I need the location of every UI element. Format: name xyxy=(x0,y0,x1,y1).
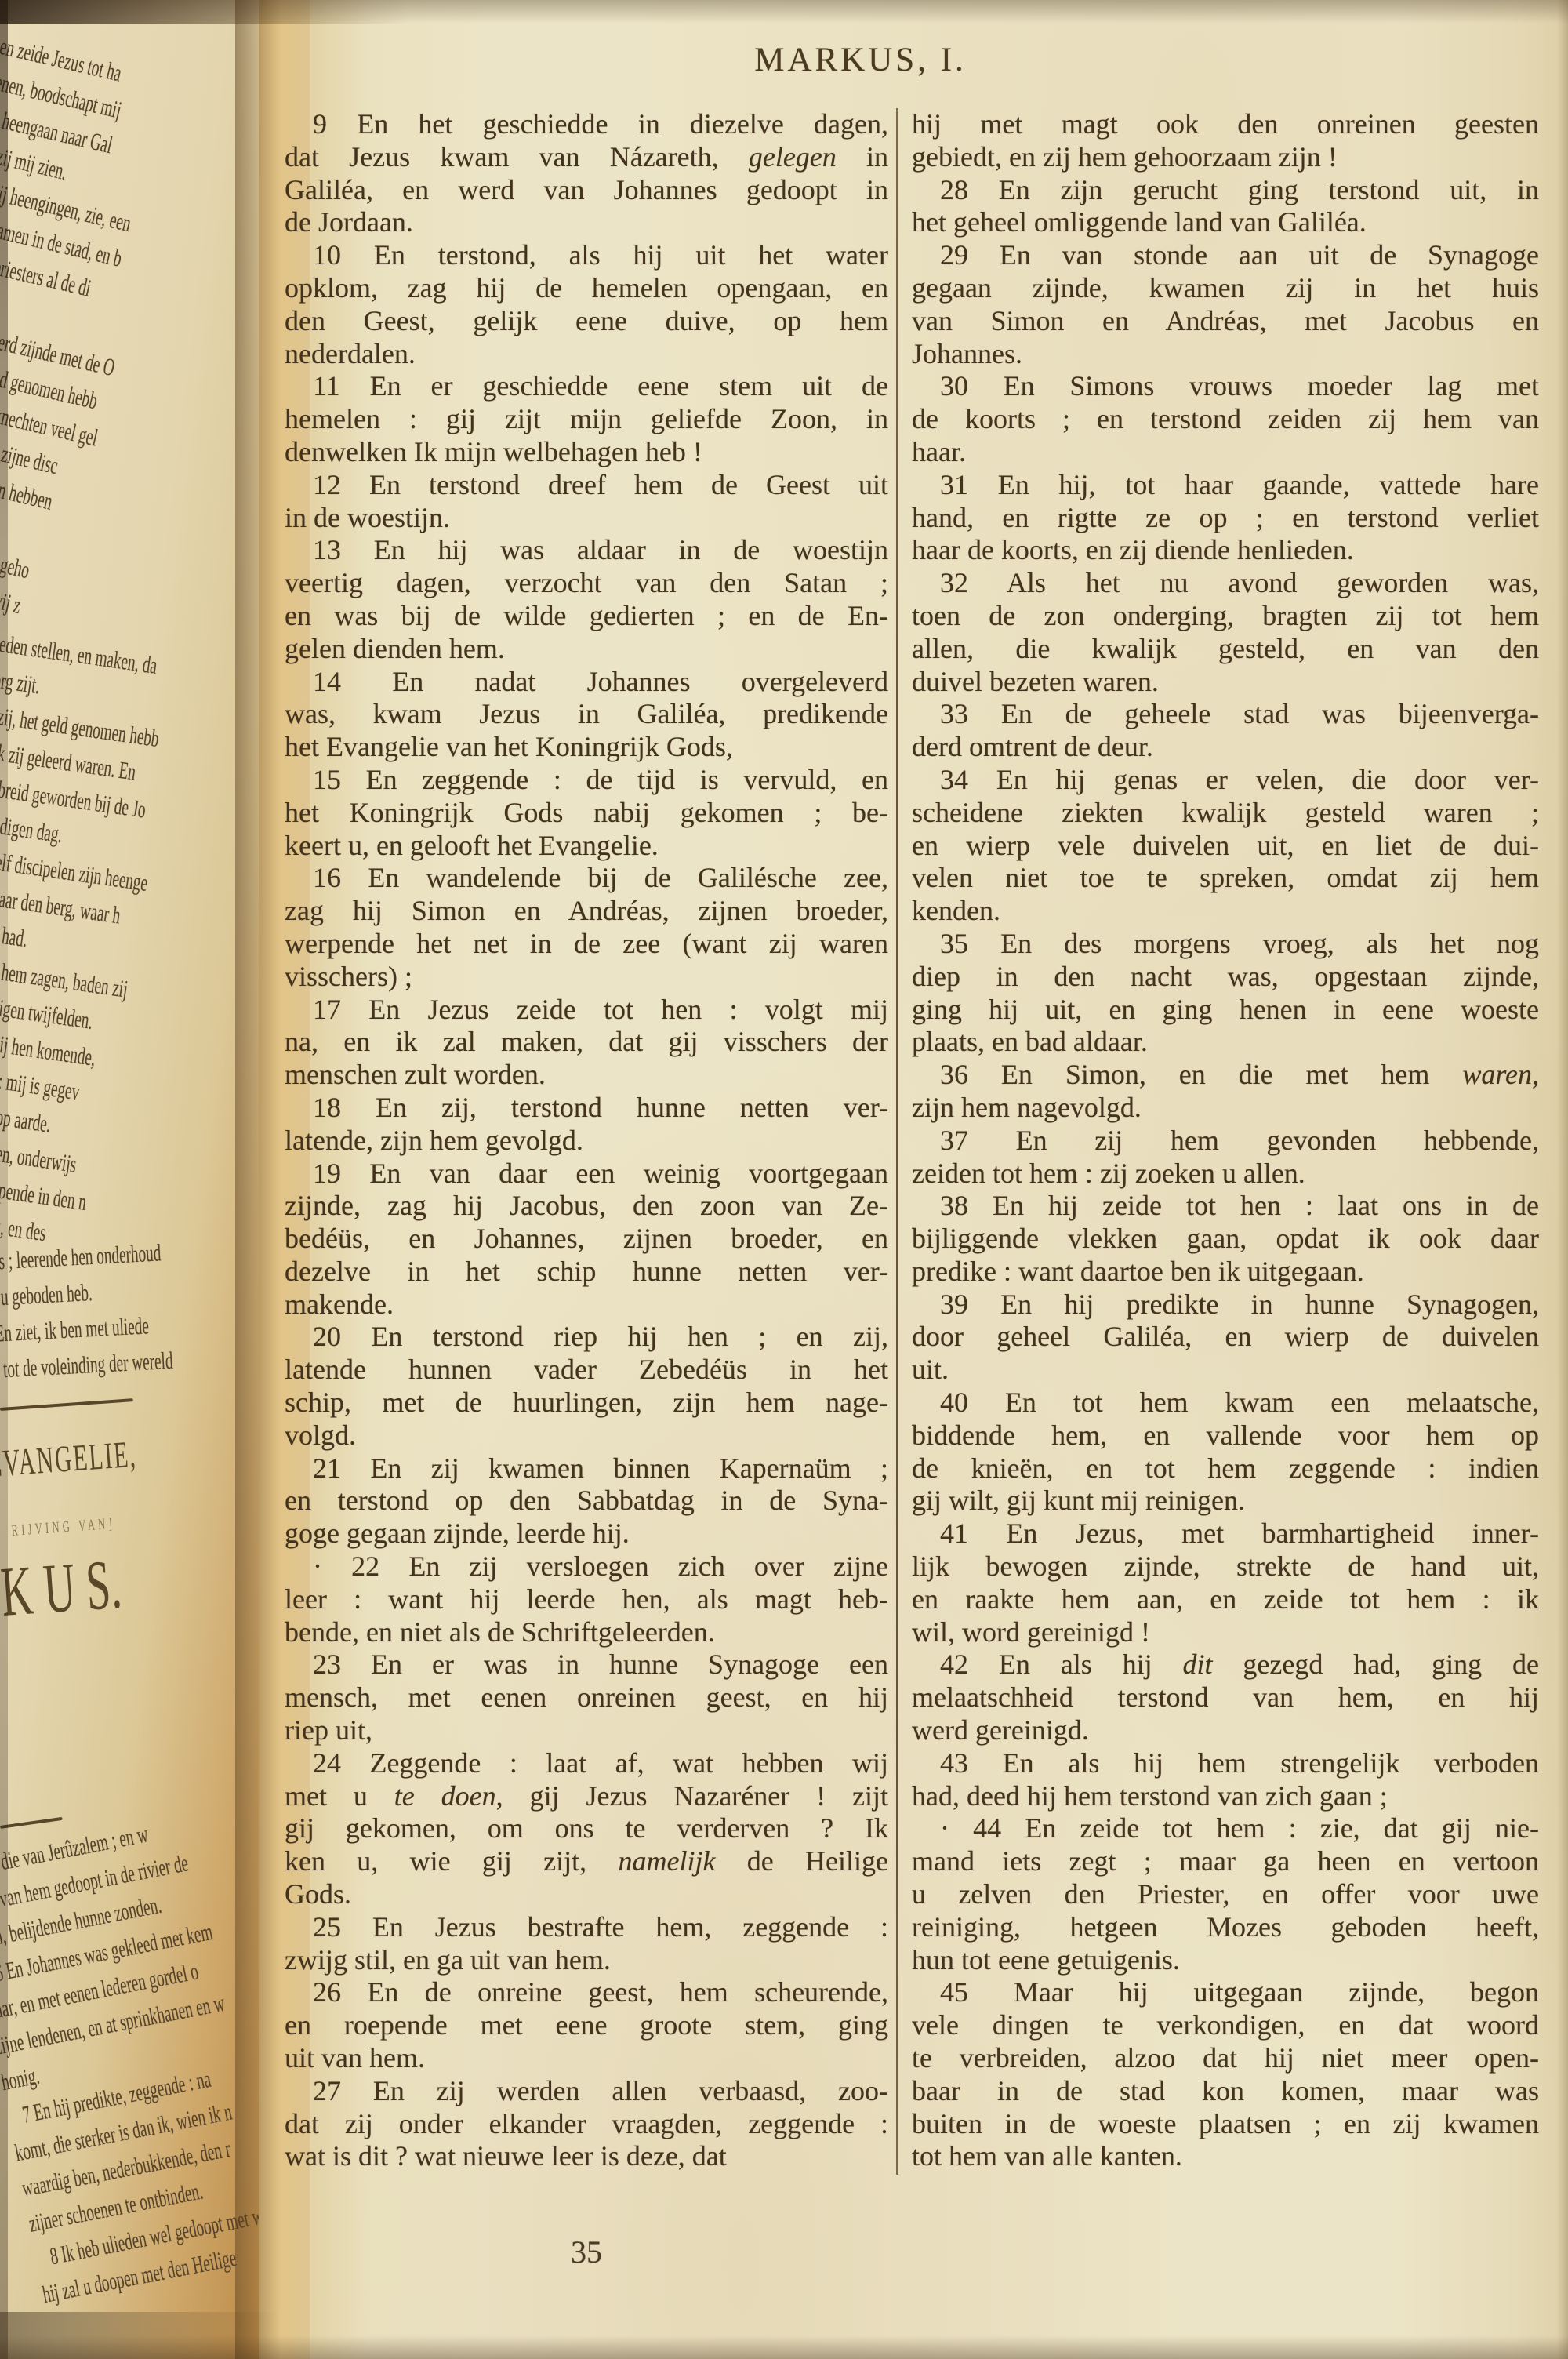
verse-line: 23 En er was in hunne Synagoge een xyxy=(285,1648,888,1681)
verse-39: 39 En hij predikte in hunne Synagogen,do… xyxy=(912,1289,1539,1387)
verse-35: 35 En des morgens vroeg, als het nogdiep… xyxy=(912,928,1539,1059)
verse-line: biddende hem, en vallende voor hem op xyxy=(912,1419,1539,1452)
verse-42: 42 En als hij dit gezegd had, ging demel… xyxy=(912,1648,1539,1747)
verse-line: 43 En als hij hem strengelijk verboden xyxy=(912,1747,1539,1780)
verse-line: reiniging, hetgeen Mozes geboden heeft, xyxy=(912,1911,1539,1944)
text-run: predike : want daartoe ben ik uitgegaan. xyxy=(912,1256,1364,1287)
text-run: 37 En zij hem gevonden hebbende, xyxy=(940,1125,1539,1156)
text-run: dezelve in het schip hunne netten ver- xyxy=(285,1256,888,1287)
text-run: tot hem van alle kanten. xyxy=(912,2140,1182,2172)
text-run: 43 En als hij hem strengelijk verboden xyxy=(940,1747,1539,1779)
verse-line: gegaan zijnde, kwamen zij in het huis xyxy=(912,272,1539,305)
text-run: 27 En zij werden allen verbaasd, zoo- xyxy=(313,2075,888,2106)
verse-line: gij wilt, gij kunt mij reinigen. xyxy=(912,1485,1539,1518)
text-run: 21 En zij kwamen binnen Kapernaüm ; xyxy=(313,1452,888,1484)
verse-line: volgd. xyxy=(285,1419,888,1452)
text-run: in xyxy=(837,141,888,173)
text-run: had, deed hij hem terstond van zich gaan… xyxy=(912,1780,1388,1812)
verse-23: 23 En er was in hunne Synagoge eenmensch… xyxy=(285,1648,888,1747)
facing-heading-markus: K U S. xyxy=(0,1533,259,1633)
text-run: 39 En hij predikte in hunne Synagogen, xyxy=(940,1289,1539,1320)
text-run: 33 En de geheele stad was bijeenverga- xyxy=(940,698,1539,729)
text-run: Johannes. xyxy=(912,338,1022,369)
text-run: goge gegaan zijnde, leerde hij. xyxy=(285,1518,630,1549)
italic-run: te doen xyxy=(394,1780,496,1812)
verse-line: duivel bezeten waren. xyxy=(912,666,1539,699)
text-run: 9 En het geschiedde in diezelve dagen, xyxy=(313,108,888,140)
italic-run: gelegen xyxy=(749,141,837,173)
text-run: en raakte hem aan, en zeide tot hem : ik xyxy=(912,1583,1539,1615)
text-run: haar de koorts, en zij diende henlieden. xyxy=(912,534,1354,565)
text-run: scheidene ziekten kwalijk gesteld waren … xyxy=(912,797,1539,828)
verse-line: zijn hem nagevolgd. xyxy=(912,1092,1539,1125)
text-run: 28 En zijn gerucht ging terstond uit, in xyxy=(940,174,1539,205)
text-run: gij wilt, gij kunt mij reinigen. xyxy=(912,1485,1245,1516)
text-run: gezegd had, ging de xyxy=(1213,1648,1539,1680)
text-run: dat zij onder elkander vraagden, zeggend… xyxy=(285,2108,888,2139)
verse-line: 18 En zij, terstond hunne netten ver- xyxy=(285,1092,888,1125)
verse-line: dezelve in het schip hunne netten ver- xyxy=(285,1256,888,1289)
verse-line: 17 En Jezus zeide tot hen : volgt mij xyxy=(285,994,888,1027)
text-run: bende, en niet als de Schriftgeleerden. xyxy=(285,1616,715,1648)
text-run: visschers) ; xyxy=(285,961,412,992)
verse-36: 36 En Simon, en die met hem waren,zijn h… xyxy=(912,1059,1539,1125)
verse-line: u zelven den Priester, en offer voor uwe xyxy=(912,1878,1539,1911)
verse-line: 14 En nadat Johannes overgeleverd xyxy=(285,666,888,699)
verse-16: 16 En wandelende bij de Galilésche zee,z… xyxy=(285,862,888,993)
italic-run: dit xyxy=(1183,1648,1213,1680)
facing-section-rule xyxy=(0,1398,133,1411)
text-run: 38 En hij zeide tot hen : laat ons in de xyxy=(940,1190,1539,1221)
verse-line: gij gekomen, om ons te verderven ? Ik xyxy=(285,1812,888,1845)
text-run: de koorts ; en terstond zeiden zij hem v… xyxy=(912,403,1539,434)
verse-line: kenden. xyxy=(912,895,1539,928)
text-run: velen niet toe te spreken, omdat zij hem xyxy=(912,862,1539,893)
verse-line: baar in de stad kon komen, maar was xyxy=(912,2075,1539,2108)
verse-line: werd gereinigd. xyxy=(912,1714,1539,1747)
text-run: bedéüs, en Johannes, zijnen broeder, en xyxy=(285,1223,888,1254)
text-run: na, en ik zal maken, dat gij visschers d… xyxy=(285,1026,888,1057)
verse-line: 25 En Jezus bestrafte hem, zeggende : xyxy=(285,1911,888,1944)
text-run: 29 En van stonde aan uit de Synagoge xyxy=(940,239,1539,271)
text-run: met u xyxy=(285,1780,394,1812)
text-run: uit van hem. xyxy=(285,2042,425,2074)
verse-9: 9 En het geschiedde in diezelve dagen,da… xyxy=(285,108,888,239)
verse-line: dat Jezus kwam van Názareth, gelegen in xyxy=(285,141,888,174)
column-divider-rule xyxy=(896,108,898,2175)
verse-45: 45 Maar hij uitgegaan zijnde, begonvele … xyxy=(912,1976,1539,2173)
verse-line: en wierp vele duivelen uit, en liet de d… xyxy=(912,830,1539,863)
verse-10: 10 En terstond, als hij uit het wateropk… xyxy=(285,239,888,370)
verse-line: in de woestijn. xyxy=(285,502,888,535)
text-run: 12 En terstond dreef hem de Geest uit xyxy=(313,469,888,500)
verse-line: 27 En zij werden allen verbaasd, zoo- xyxy=(285,2075,888,2108)
text-run: zijn hem nagevolgd. xyxy=(912,1092,1142,1123)
verse-line: 28 En zijn gerucht ging terstond uit, in xyxy=(912,174,1539,207)
text-run: haar. xyxy=(912,436,966,467)
verse-line: 34 En hij genas er velen, die door ver- xyxy=(912,764,1539,797)
text-run: 45 Maar hij uitgegaan zijnde, begon xyxy=(940,1976,1539,2008)
text-run: zeiden tot hem : zij zoeken u allen. xyxy=(912,1158,1305,1189)
verse-line: 19 En van daar een weinig voortgegaan xyxy=(285,1158,888,1190)
verse-line: buiten in de woeste plaatsen ; en zij kw… xyxy=(912,2108,1539,2141)
text-run: gelen dienden hem. xyxy=(285,633,505,664)
verse-line: bende, en niet als de Schriftgeleerden. xyxy=(285,1616,888,1649)
verse-line: nederdalen. xyxy=(285,338,888,371)
verse-line: 15 En zeggende : de tijd is vervuld, en xyxy=(285,764,888,797)
verse-line: ging hij uit, en ging henen in eene woes… xyxy=(912,994,1539,1027)
verse-12: 12 En terstond dreef hem de Geest uitin … xyxy=(285,469,888,535)
verse-line: zag hij Simon en Andréas, zijnen broeder… xyxy=(285,895,888,928)
verse-28: 28 En zijn gerucht ging terstond uit, in… xyxy=(912,174,1539,240)
verse-30: 30 En Simons vrouws moeder lag metde koo… xyxy=(912,370,1539,468)
verse-line: 10 En terstond, als hij uit het water xyxy=(285,239,888,272)
verse-line: toen de zon onderging, bragten zij tot h… xyxy=(912,600,1539,633)
verse-line: 30 En Simons vrouws moeder lag met xyxy=(912,370,1539,403)
verse-34: 34 En hij genas er velen, die door ver-s… xyxy=(912,764,1539,928)
verse-line: 32 Als het nu avond geworden was, xyxy=(912,567,1539,600)
verse-line: visschers) ; xyxy=(285,961,888,994)
text-run: wat is dit ? wat nieuwe leer is deze, da… xyxy=(285,2140,727,2172)
verse-20: 20 En terstond riep hij hen ; en zij,lat… xyxy=(285,1321,888,1452)
verse-15: 15 En zeggende : de tijd is vervuld, enh… xyxy=(285,764,888,862)
verse-line: goge gegaan zijnde, leerde hij. xyxy=(285,1518,888,1550)
text-run: vele dingen te verkondigen, en dat woord xyxy=(912,2009,1539,2041)
text-run: 32 Als het nu avond geworden was, xyxy=(940,567,1539,598)
text-run: zijnde, zag hij Jacobus, den zoon van Ze… xyxy=(285,1190,888,1221)
verse-22: · 22 En zij versloegen zich over zijnele… xyxy=(285,1550,888,1648)
text-run: veertig dagen, verzocht van den Satan ; xyxy=(285,567,888,598)
verse-line: bijliggende vlekken gaan, opdat ik ook d… xyxy=(912,1223,1539,1256)
verse-line: mensch, met eenen onreinen geest, en hij xyxy=(285,1681,888,1714)
verse-line: 29 En van stonde aan uit de Synagoge xyxy=(912,239,1539,272)
verse-line: uit van hem. xyxy=(285,2042,888,2075)
verse-line: 9 En het geschiedde in diezelve dagen, xyxy=(285,108,888,141)
text-run: biddende hem, en vallende voor hem op xyxy=(912,1419,1539,1451)
verse-line: vele dingen te verkondigen, en dat woord xyxy=(912,2009,1539,2042)
verse-line: na, en ik zal maken, dat gij visschers d… xyxy=(285,1026,888,1059)
text-run: werd gereinigd. xyxy=(912,1714,1089,1746)
verse-27: hij met magt ook den onreinen geestengeb… xyxy=(912,108,1539,174)
text-run: 10 En terstond, als hij uit het water xyxy=(313,239,888,271)
text-run: lijk bewogen zijnde, strekte de hand uit… xyxy=(912,1550,1539,1582)
verse-line: uit. xyxy=(912,1354,1539,1387)
text-run: menschen zult worden. xyxy=(285,1059,546,1090)
verse-line: 16 En wandelende bij de Galilésche zee, xyxy=(285,862,888,895)
verse-line: en was bij de wilde gedierten ; en de En… xyxy=(285,600,888,633)
italic-run: waren xyxy=(1462,1059,1532,1090)
text-run: de Heilige xyxy=(715,1845,888,1877)
text-run: en wierp vele duivelen uit, en liet de d… xyxy=(912,830,1539,861)
verse-19: 19 En van daar een weinig voortgegaanzij… xyxy=(285,1158,888,1321)
verse-line: met u te doen, gij Jezus Nazaréner ! zij… xyxy=(285,1780,888,1813)
verse-line: dat zij onder elkander vraagden, zeggend… xyxy=(285,2108,888,2141)
text-run: bijliggende vlekken gaan, opdat ik ook d… xyxy=(912,1223,1539,1254)
verse-38: 38 En hij zeide tot hen : laat ons in de… xyxy=(912,1190,1539,1288)
text-run: den Geest, gelijk eene duive, op hem xyxy=(285,305,888,336)
verse-line: 20 En terstond riep hij hen ; en zij, xyxy=(285,1321,888,1354)
verse-line: menschen zult worden. xyxy=(285,1059,888,1092)
verse-line: hij met magt ook den onreinen geesten xyxy=(912,108,1539,141)
text-run: derd omtrent de deur. xyxy=(912,731,1153,762)
text-run: opklom, zag hij de hemelen opengaan, en xyxy=(285,272,888,304)
text-run: hemelen : gij zijt mijn geliefde Zoon, i… xyxy=(285,403,888,434)
text-run: gegaan zijnde, kwamen zij in het huis xyxy=(912,272,1539,304)
text-run: het Evangelie van het Koningrijk Gods, xyxy=(285,731,733,762)
page-number: 35 xyxy=(285,2234,888,2270)
verse-18: 18 En zij, terstond hunne netten ver-lat… xyxy=(285,1092,888,1158)
verse-line: 21 En zij kwamen binnen Kapernaüm ; xyxy=(285,1452,888,1485)
verse-line: 13 En hij was aldaar in de woestijn xyxy=(285,534,888,567)
text-run: zag hij Simon en Andréas, zijnen broeder… xyxy=(285,895,888,926)
verse-line: opklom, zag hij de hemelen opengaan, en xyxy=(285,272,888,305)
verse-40: 40 En tot hem kwam een melaatsche,bidden… xyxy=(912,1387,1539,1518)
verse-line: mand iets zegt ; maar ga heen en vertoon xyxy=(912,1845,1539,1878)
verse-line: riep uit, xyxy=(285,1714,888,1747)
verse-line: gelen dienden hem. xyxy=(285,633,888,666)
text-run: was, kwam Jezus in Galiléa, predikende xyxy=(285,698,888,729)
verse-line: zijnde, zag hij Jacobus, den zoon van Ze… xyxy=(285,1190,888,1223)
verse-line: derd omtrent de deur. xyxy=(912,731,1539,764)
text-run: 18 En zij, terstond hunne netten ver- xyxy=(313,1092,888,1123)
text-run: toen de zon onderging, bragten zij tot h… xyxy=(912,600,1539,631)
text-run: 19 En van daar een weinig voortgegaan xyxy=(313,1158,888,1189)
verse-line: de koorts ; en terstond zeiden zij hem v… xyxy=(912,403,1539,436)
text-run: mensch, met eenen onreinen geest, en hij xyxy=(285,1681,888,1713)
verse-41: 41 En Jezus, met barmhartigheid inner-li… xyxy=(912,1518,1539,1648)
verse-line: 35 En des morgens vroeg, als het nog xyxy=(912,928,1539,961)
verse-line: 11 En er geschiedde eene stem uit de xyxy=(285,370,888,403)
text-run: reiniging, hetgeen Mozes geboden heeft, xyxy=(912,1911,1539,1943)
text-run: het Koningrijk Gods nabij gekomen ; be- xyxy=(285,797,888,828)
verse-11: 11 En er geschiedde eene stem uit deheme… xyxy=(285,370,888,468)
verse-line: scheidene ziekten kwalijk gesteld waren … xyxy=(912,797,1539,830)
verse-line: en raakte hem aan, en zeide tot hem : ik xyxy=(912,1583,1539,1616)
verse-line: 40 En tot hem kwam een melaatsche, xyxy=(912,1387,1539,1419)
text-run: 14 En nadat Johannes overgeleverd xyxy=(313,666,888,697)
text-run: melaatschheid terstond van hem, en hij xyxy=(912,1681,1539,1713)
text-run: 24 Zeggende : laat af, wat hebben wij xyxy=(313,1747,888,1779)
verse-line: het geheel omliggende land van Galiléa. xyxy=(912,206,1539,239)
text-run: uit. xyxy=(912,1354,949,1385)
verse-line: had, deed hij hem terstond van zich gaan… xyxy=(912,1780,1539,1813)
text-run: in de woestijn. xyxy=(285,502,450,533)
italic-run: namelijk xyxy=(618,1845,715,1877)
text-run: buiten in de woeste plaatsen ; en zij kw… xyxy=(912,2108,1539,2139)
verse-line: 45 Maar hij uitgegaan zijnde, begon xyxy=(912,1976,1539,2009)
verse-line: leer : want hij leerde hen, als magt heb… xyxy=(285,1583,888,1616)
verse-line: veertig dagen, verzocht van den Satan ; xyxy=(285,567,888,600)
verse-37: 37 En zij hem gevonden hebbende,zeiden t… xyxy=(912,1125,1539,1190)
text-run: dat Jezus kwam van Názareth, xyxy=(285,141,749,173)
verse-line: haar. xyxy=(912,436,1539,469)
text-run: de knieën, en tot hem zeggende : indien xyxy=(912,1452,1539,1484)
verse-line: plaats, en bad aldaar. xyxy=(912,1026,1539,1059)
text-run: makende. xyxy=(285,1289,394,1320)
verse-line: 24 Zeggende : laat af, wat hebben wij xyxy=(285,1747,888,1780)
text-run: ken u, wie gij zijt, xyxy=(285,1845,618,1877)
verse-27: 27 En zij werden allen verbaasd, zoo-dat… xyxy=(285,2075,888,2173)
verse-line: Galiléa, en werd van Johannes gedoopt in xyxy=(285,174,888,207)
verse-line: makende. xyxy=(285,1289,888,1321)
text-run: nederdalen. xyxy=(285,338,416,369)
verse-line: · 44 En zeide tot hem : zie, dat gij nie… xyxy=(912,1812,1539,1845)
text-run: 23 En er was in hunne Synagoge een xyxy=(313,1648,888,1680)
text-run: het geheel omliggende land van Galiléa. xyxy=(912,206,1367,238)
verse-line: latende, zijn hem gevolgd. xyxy=(285,1125,888,1158)
text-run: · 22 En zij versloegen zich over zijne xyxy=(313,1550,888,1582)
verse-line: te verbreiden, alzoo dat hij niet meer o… xyxy=(912,2042,1539,2075)
facing-book-heading: EVANGELIE, RIJVING VAN] K U S. xyxy=(0,1424,259,1634)
text-run: duivel bezeten waren. xyxy=(912,666,1159,697)
text-run: u zelven den Priester, en offer voor uwe xyxy=(912,1878,1539,1910)
text-run: , gij Jezus Nazaréner ! zijt xyxy=(496,1780,888,1812)
verse-line: wil, word gereinigd ! xyxy=(912,1616,1539,1649)
verse-line: predike : want daartoe ben ik uitgegaan. xyxy=(912,1256,1539,1289)
text-run: van Simon en Andréas, met Jacobus en xyxy=(912,305,1539,336)
verse-line: · 22 En zij versloegen zich over zijne xyxy=(285,1550,888,1583)
verse-line: melaatschheid terstond van hem, en hij xyxy=(912,1681,1539,1714)
text-run: door geheel Galiléa, en wierp de duivele… xyxy=(912,1321,1539,1352)
text-run: 30 En Simons vrouws moeder lag met xyxy=(940,370,1539,402)
verse-line: denwelken Ik mijn welbehagen heb ! xyxy=(285,436,888,469)
text-run: 35 En des morgens vroeg, als het nog xyxy=(940,928,1539,959)
text-run: 26 En de onreine geest, hem scheurende, xyxy=(313,1976,888,2008)
verse-line: velen niet toe te spreken, omdat zij hem xyxy=(912,862,1539,895)
text-run: wil, word gereinigd ! xyxy=(912,1616,1150,1648)
text-run: 41 En Jezus, met barmhartigheid inner- xyxy=(940,1518,1539,1549)
verse-line: 38 En hij zeide tot hen : laat ons in de xyxy=(912,1190,1539,1223)
facing-page: uit, en die van Jerûzalem ; en wallen va… xyxy=(0,0,259,2359)
text-run: 42 En als hij xyxy=(940,1648,1183,1680)
text-run: hun tot eene getuigenis. xyxy=(912,1944,1180,1976)
text-run: te verbreiden, alzoo dat hij niet meer o… xyxy=(912,2042,1539,2074)
text-run: · 44 En zeide tot hem : zie, dat gij nie… xyxy=(940,1812,1539,1844)
text-column-left: 9 En het geschiedde in diezelve dagen,da… xyxy=(285,108,888,2173)
text-run: latende, zijn hem gevolgd. xyxy=(285,1125,583,1156)
text-run: 17 En Jezus zeide tot hen : volgt mij xyxy=(313,994,888,1025)
verse-line: 33 En de geheele stad was bijeenverga- xyxy=(912,698,1539,731)
verse-line: 41 En Jezus, met barmhartigheid inner- xyxy=(912,1518,1539,1550)
facing-heading-subtitle: RIJVING VAN] xyxy=(11,1505,259,1540)
verse-line: 39 En hij predikte in hunne Synagogen, xyxy=(912,1289,1539,1321)
verse-32: 32 Als het nu avond geworden was,toen de… xyxy=(912,567,1539,698)
text-run: , xyxy=(1532,1059,1539,1090)
verse-line: ken u, wie gij zijt, namelijk de Heilige xyxy=(285,1845,888,1878)
book-photo: uit, en die van Jerûzalem ; en wallen va… xyxy=(0,0,1568,2359)
verse-line: allen, die kwalijk gesteld, en van den xyxy=(912,633,1539,666)
verse-line: haar de koorts, en zij diende henlieden. xyxy=(912,534,1539,567)
verse-line: hemelen : gij zijt mijn geliefde Zoon, i… xyxy=(285,403,888,436)
verse-line: zeiden tot hem : zij zoeken u allen. xyxy=(912,1158,1539,1190)
text-run: 15 En zeggende : de tijd is vervuld, en xyxy=(313,764,888,795)
text-run: plaats, en bad aldaar. xyxy=(912,1026,1148,1057)
verse-line: was, kwam Jezus in Galiléa, predikende xyxy=(285,698,888,731)
text-run: 40 En tot hem kwam een melaatsche, xyxy=(940,1387,1539,1418)
text-run: Galiléa, en werd van Johannes gedoopt in xyxy=(285,174,888,205)
verse-33: 33 En de geheele stad was bijeenverga-de… xyxy=(912,698,1539,764)
text-run: 16 En wandelende bij de Galilésche zee, xyxy=(313,862,888,893)
verse-line: van Simon en Andréas, met Jacobus en xyxy=(912,305,1539,338)
verse-line: den Geest, gelijk eene duive, op hem xyxy=(285,305,888,338)
verse-31: 31 En hij, tot haar gaande, vattede hare… xyxy=(912,469,1539,567)
text-run: 11 En er geschiedde eene stem uit de xyxy=(313,370,888,402)
text-run: hand, en rigtte ze op ; en terstond verl… xyxy=(912,502,1539,533)
text-run: hij met magt ook den onreinen geesten xyxy=(912,108,1539,140)
page-header: MARKUS, I. xyxy=(235,41,1486,79)
text-run: 25 En Jezus bestrafte hem, zeggende : xyxy=(313,1911,888,1943)
verse-line: 36 En Simon, en die met hem waren, xyxy=(912,1059,1539,1092)
verse-26: 26 En de onreine geest, hem scheurende,e… xyxy=(285,1976,888,2074)
text-run: leer : want hij leerde hen, als magt heb… xyxy=(285,1583,888,1615)
text-run: en roepende met eene groote stem, ging xyxy=(285,2009,888,2041)
verse-14: 14 En nadat Johannes overgeleverdwas, kw… xyxy=(285,666,888,764)
text-run: keert u, en gelooft het Evangelie. xyxy=(285,830,659,861)
text-run: 34 En hij genas er velen, die door ver- xyxy=(940,764,1539,795)
text-run: kenden. xyxy=(912,895,1000,926)
verse-line: werpende het net in de zee (want zij war… xyxy=(285,928,888,961)
text-run: de Jordaan. xyxy=(285,206,413,238)
verse-44: · 44 En zeide tot hem : zie, dat gij nie… xyxy=(912,1812,1539,1976)
verse-line: Johannes. xyxy=(912,338,1539,371)
facing-heading-evangelie: EVANGELIE, xyxy=(0,1424,259,1486)
text-run: 31 En hij, tot haar gaande, vattede hare xyxy=(940,469,1539,500)
facing-section-rule-2 xyxy=(0,1817,63,1829)
text-run: denwelken Ik mijn welbehagen heb ! xyxy=(285,436,702,467)
verse-line: latende hunnen vader Zebedéüs in het xyxy=(285,1354,888,1387)
text-column-right: hij met magt ook den onreinen geestengeb… xyxy=(912,108,1539,2173)
verse-line: zwijg stil, en ga uit van hem. xyxy=(285,1944,888,1977)
verse-25: 25 En Jezus bestrafte hem, zeggende :zwi… xyxy=(285,1911,888,1977)
facing-text-block-1: 10 Toen zeide Jezus tot hat ; gaat henen… xyxy=(0,17,231,643)
text-run: 36 En Simon, en die met hem xyxy=(940,1059,1462,1090)
verse-13: 13 En hij was aldaar in de woestijnveert… xyxy=(285,534,888,665)
text-run: mand iets zegt ; maar ga heen en vertoon xyxy=(912,1845,1539,1877)
text-run: gij gekomen, om ons te verderven ? Ik xyxy=(285,1812,888,1844)
verse-line: diep in den nacht was, opgestaan zijnde, xyxy=(912,961,1539,994)
verse-line: 42 En als hij dit gezegd had, ging de xyxy=(912,1648,1539,1681)
verse-line: lijk bewogen zijnde, strekte de hand uit… xyxy=(912,1550,1539,1583)
text-run: allen, die kwalijk gesteld, en van den xyxy=(912,633,1539,664)
verse-line: het Koningrijk Gods nabij gekomen ; be- xyxy=(285,797,888,830)
verse-line: keert u, en gelooft het Evangelie. xyxy=(285,830,888,863)
text-run: gebiedt, en zij hem gehoorzaam zijn ! xyxy=(912,141,1338,173)
facing-text-block-4: uit, en die van Jerûzalem ; en wallen va… xyxy=(0,1798,259,2313)
verse-line: 26 En de onreine geest, hem scheurende, xyxy=(285,1976,888,2009)
text-run: schip, met de huurlingen, zijn hem nage- xyxy=(285,1387,888,1418)
text-run: 20 En terstond riep hij hen ; en zij, xyxy=(313,1321,888,1352)
text-run: diep in den nacht was, opgestaan zijnde, xyxy=(912,961,1539,992)
verse-29: 29 En van stonde aan uit de Synagogegega… xyxy=(912,239,1539,370)
verse-line: de knieën, en tot hem zeggende : indien xyxy=(912,1452,1539,1485)
verse-line: de Jordaan. xyxy=(285,206,888,239)
verse-43: 43 En als hij hem strengelijk verbodenha… xyxy=(912,1747,1539,1813)
text-run: volgd. xyxy=(285,1419,356,1451)
verse-line: wat is dit ? wat nieuwe leer is deze, da… xyxy=(285,2140,888,2173)
verse-line: het Evangelie van het Koningrijk Gods, xyxy=(285,731,888,764)
verse-17: 17 En Jezus zeide tot hen : volgt mijna,… xyxy=(285,994,888,1092)
verse-line: schip, met de huurlingen, zijn hem nage- xyxy=(285,1387,888,1419)
text-run: riep uit, xyxy=(285,1714,372,1746)
verse-line: tot hem van alle kanten. xyxy=(912,2140,1539,2173)
verse-line: 31 En hij, tot haar gaande, vattede hare xyxy=(912,469,1539,502)
verse-line: hun tot eene getuigenis. xyxy=(912,1944,1539,1977)
text-run: werpende het net in de zee (want zij war… xyxy=(285,928,888,959)
text-run: zwijg stil, en ga uit van hem. xyxy=(285,1944,611,1976)
text-run: ging hij uit, en ging henen in eene woes… xyxy=(912,994,1539,1025)
verse-line: door geheel Galiléa, en wierp de duivele… xyxy=(912,1321,1539,1354)
text-run: baar in de stad kon komen, maar was xyxy=(912,2075,1539,2106)
